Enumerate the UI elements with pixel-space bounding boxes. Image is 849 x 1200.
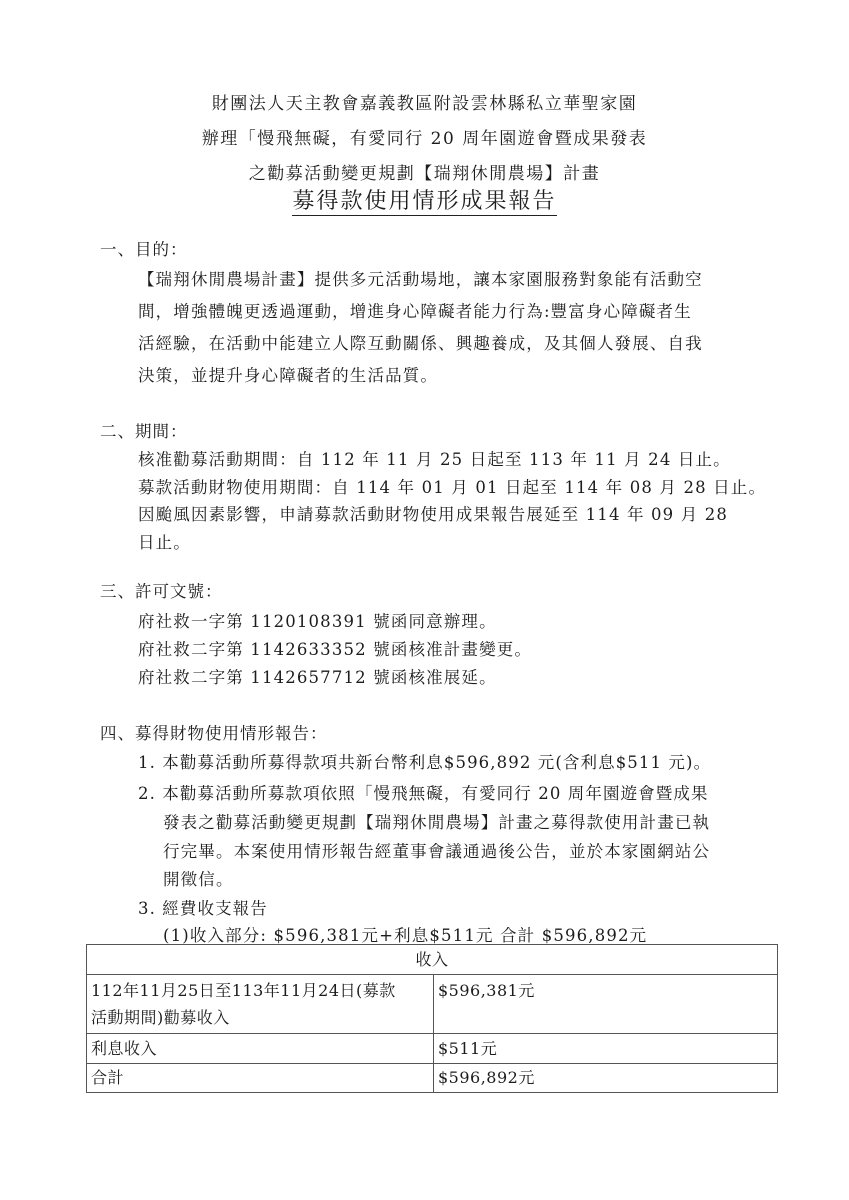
- table-cell-label: 112年11月25日至113年11月24日(募款 活動期間)勸募收入: [87, 975, 434, 1034]
- org-name-header: 財團法人天主教會嘉義教區附設雲林縣私立華聖家園: [0, 89, 849, 114]
- section-purpose-heading: 一、目的：: [100, 236, 188, 260]
- section-permits-heading: 三、許可文號：: [100, 578, 223, 602]
- purpose-line: 決策，並提升身心障礙者的生活品質。: [138, 362, 438, 386]
- project-header-line-2: 辦理「慢飛無礙，有愛同行 20 周年園遊會暨成果發表: [0, 124, 849, 149]
- usage-item-3: 3. 經費收支報告: [138, 895, 268, 919]
- income-summary: (1)收入部分: $596,381元+利息$511元 合計 $596,892元: [163, 922, 647, 946]
- report-title-text: 募得款使用情形成果報告: [292, 189, 556, 216]
- usage-item-2-line: 發表之勸募活動變更規劃【瑞翔休閒農場】計畫之募得款使用計畫已執: [163, 809, 710, 833]
- section-usage-heading: 四、募得財物使用情形報告：: [100, 720, 328, 744]
- table-header-row: 收入: [87, 945, 778, 975]
- project-header-line-3: 之勸募活動變更規劃【瑞翔休閒農場】計畫: [0, 159, 849, 184]
- period-line: 日止。: [138, 529, 191, 553]
- section-period-heading: 二、期間：: [100, 418, 188, 442]
- table-cell-label: 利息收入: [87, 1034, 434, 1064]
- report-title: 募得款使用情形成果報告: [0, 184, 849, 215]
- period-line: 核准勸募活動期間：自 112 年 11 月 25 日起至 113 年 11 月 …: [138, 446, 731, 470]
- table-row: 112年11月25日至113年11月24日(募款 活動期間)勸募收入 $596,…: [87, 975, 778, 1034]
- label-line: 活動期間)勸募收入: [91, 1004, 429, 1031]
- table-cell-amount: $596,892元: [434, 1064, 778, 1093]
- income-table: 收入 112年11月25日至113年11月24日(募款 活動期間)勸募收入 $5…: [86, 944, 778, 1093]
- usage-item-2-line: 行完畢。本案使用情形報告經董事會議通過後公告，並於本家園網站公: [163, 838, 710, 862]
- table-cell-amount: $596,381元: [434, 975, 778, 1034]
- purpose-line: 間，增強體魄更透過運動，增進身心障礙者能力行為:豐富身心障礙者生: [138, 298, 692, 322]
- permit-line: 府社救一字第 1120108391 號函同意辦理。: [138, 608, 497, 632]
- permit-line: 府社救二字第 1142657712 號函核准展延。: [138, 664, 497, 688]
- table-row: 合計 $596,892元: [87, 1064, 778, 1093]
- purpose-line: 【瑞翔休閒農場計畫】提供多元活動場地，讓本家園服務對象能有活動空: [138, 266, 703, 290]
- table-header-cell: 收入: [87, 945, 778, 975]
- label-line: 112年11月25日至113年11月24日(募款: [91, 977, 429, 1004]
- period-line: 因颱風因素影響，申請募款活動財物使用成果報告展延至 114 年 09 月 28: [138, 501, 728, 525]
- table-cell-amount: $511元: [434, 1034, 778, 1064]
- usage-item-2-line: 開徵信。: [163, 866, 234, 890]
- table-row: 利息收入 $511元: [87, 1034, 778, 1064]
- usage-item-2-line: 2. 本勸募活動所募款項依照「慢飛無礙，有愛同行 20 周年園遊會暨成果: [138, 780, 709, 804]
- period-line: 募款活動財物使用期間：自 114 年 01 月 01 日起至 114 年 08 …: [138, 474, 766, 498]
- table-cell-label: 合計: [87, 1064, 434, 1093]
- purpose-line: 活經驗，在活動中能建立人際互動關係、興趣養成，及其個人發展、自我: [138, 330, 703, 354]
- usage-item-1: 1. 本勸募活動所募得款項共新台幣利息$596,892 元(含利息$511 元)…: [138, 749, 711, 773]
- permit-line: 府社救二字第 1142633352 號函核准計畫變更。: [138, 636, 532, 660]
